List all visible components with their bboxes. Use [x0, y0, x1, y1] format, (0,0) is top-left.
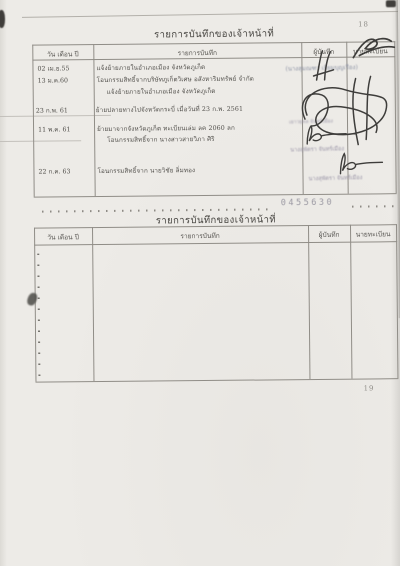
table2-header-date: วัน เดือน ปี	[34, 231, 92, 243]
table1-border-bottom	[34, 193, 397, 197]
signature-scribble	[296, 124, 348, 151]
page-number-bottom: 19	[364, 384, 375, 392]
table1-divider-date	[93, 44, 95, 196]
entry-text: ย้ายปลายทางไปจังหวัดกระบี่ เมื่อวันที่ 2…	[96, 104, 243, 115]
entry-date: 23 ก.พ. 61	[36, 105, 90, 116]
serial-stamp-number: 0455630	[281, 198, 334, 209]
date-column-dots	[37, 254, 40, 378]
page-edge-line	[22, 11, 398, 18]
signature-scribble	[328, 151, 384, 181]
entry-text: แจ้งย้ายภายในอำเภอเมือง จังหวัดภูเก็ต	[96, 62, 205, 73]
table2-header-record: รายการบันทึก	[92, 229, 308, 242]
entry-date: 11 พ.ค. 61	[38, 124, 92, 135]
ink-smudge	[26, 292, 38, 307]
entry-text: โอนกรรมสิทธิ์จาก นางสาวสายวิภา ศิริ	[107, 134, 215, 145]
scanned-page: 18 รายการบันทึกของเจ้าหน้าที่ วัน เดือน …	[0, 0, 400, 566]
table2-divider-recorder	[308, 225, 310, 379]
table1-header-date: วัน เดือน ปี	[32, 48, 93, 60]
entry-text: โอนกรรมสิทธิ์จาก นายวิชัย ลิ่มทอง	[97, 165, 195, 176]
scan-ink-blob	[0, 10, 5, 28]
entry-text: ย้ายมาจากจังหวัดภูเก็ต ทะเบียนเล่ม ลค 20…	[97, 123, 235, 134]
table2-header-recorder: ผู้บันทึก	[308, 229, 350, 240]
table2-divider-date	[92, 227, 94, 381]
table2-border-left	[34, 228, 36, 382]
table2-header-registrar: นายทะเบียน	[350, 228, 396, 239]
table2-border-bottom	[35, 378, 398, 382]
entry-date: 02 เม.ย.55	[37, 63, 91, 74]
entry-text: แจ้งย้ายภายในอำเภอเมือง จังหวัดภูเก็ต	[107, 86, 216, 97]
dotted-leader-line	[352, 205, 395, 207]
table1-border-left	[32, 45, 34, 197]
table2-divider-registrar	[350, 225, 352, 379]
table1-header-record: รายการบันทึก	[93, 46, 301, 59]
entry-date: 13 ม.ค.60	[38, 75, 92, 86]
signature-scribble	[350, 34, 396, 65]
entry-text: โอนกรรมสิทธิ์จากบริษัทภูเก็ตวิเศษ อสังหา…	[97, 74, 254, 86]
entry-date: 22 ก.ค. 63	[38, 166, 92, 177]
scan-artifact-line	[0, 140, 81, 142]
